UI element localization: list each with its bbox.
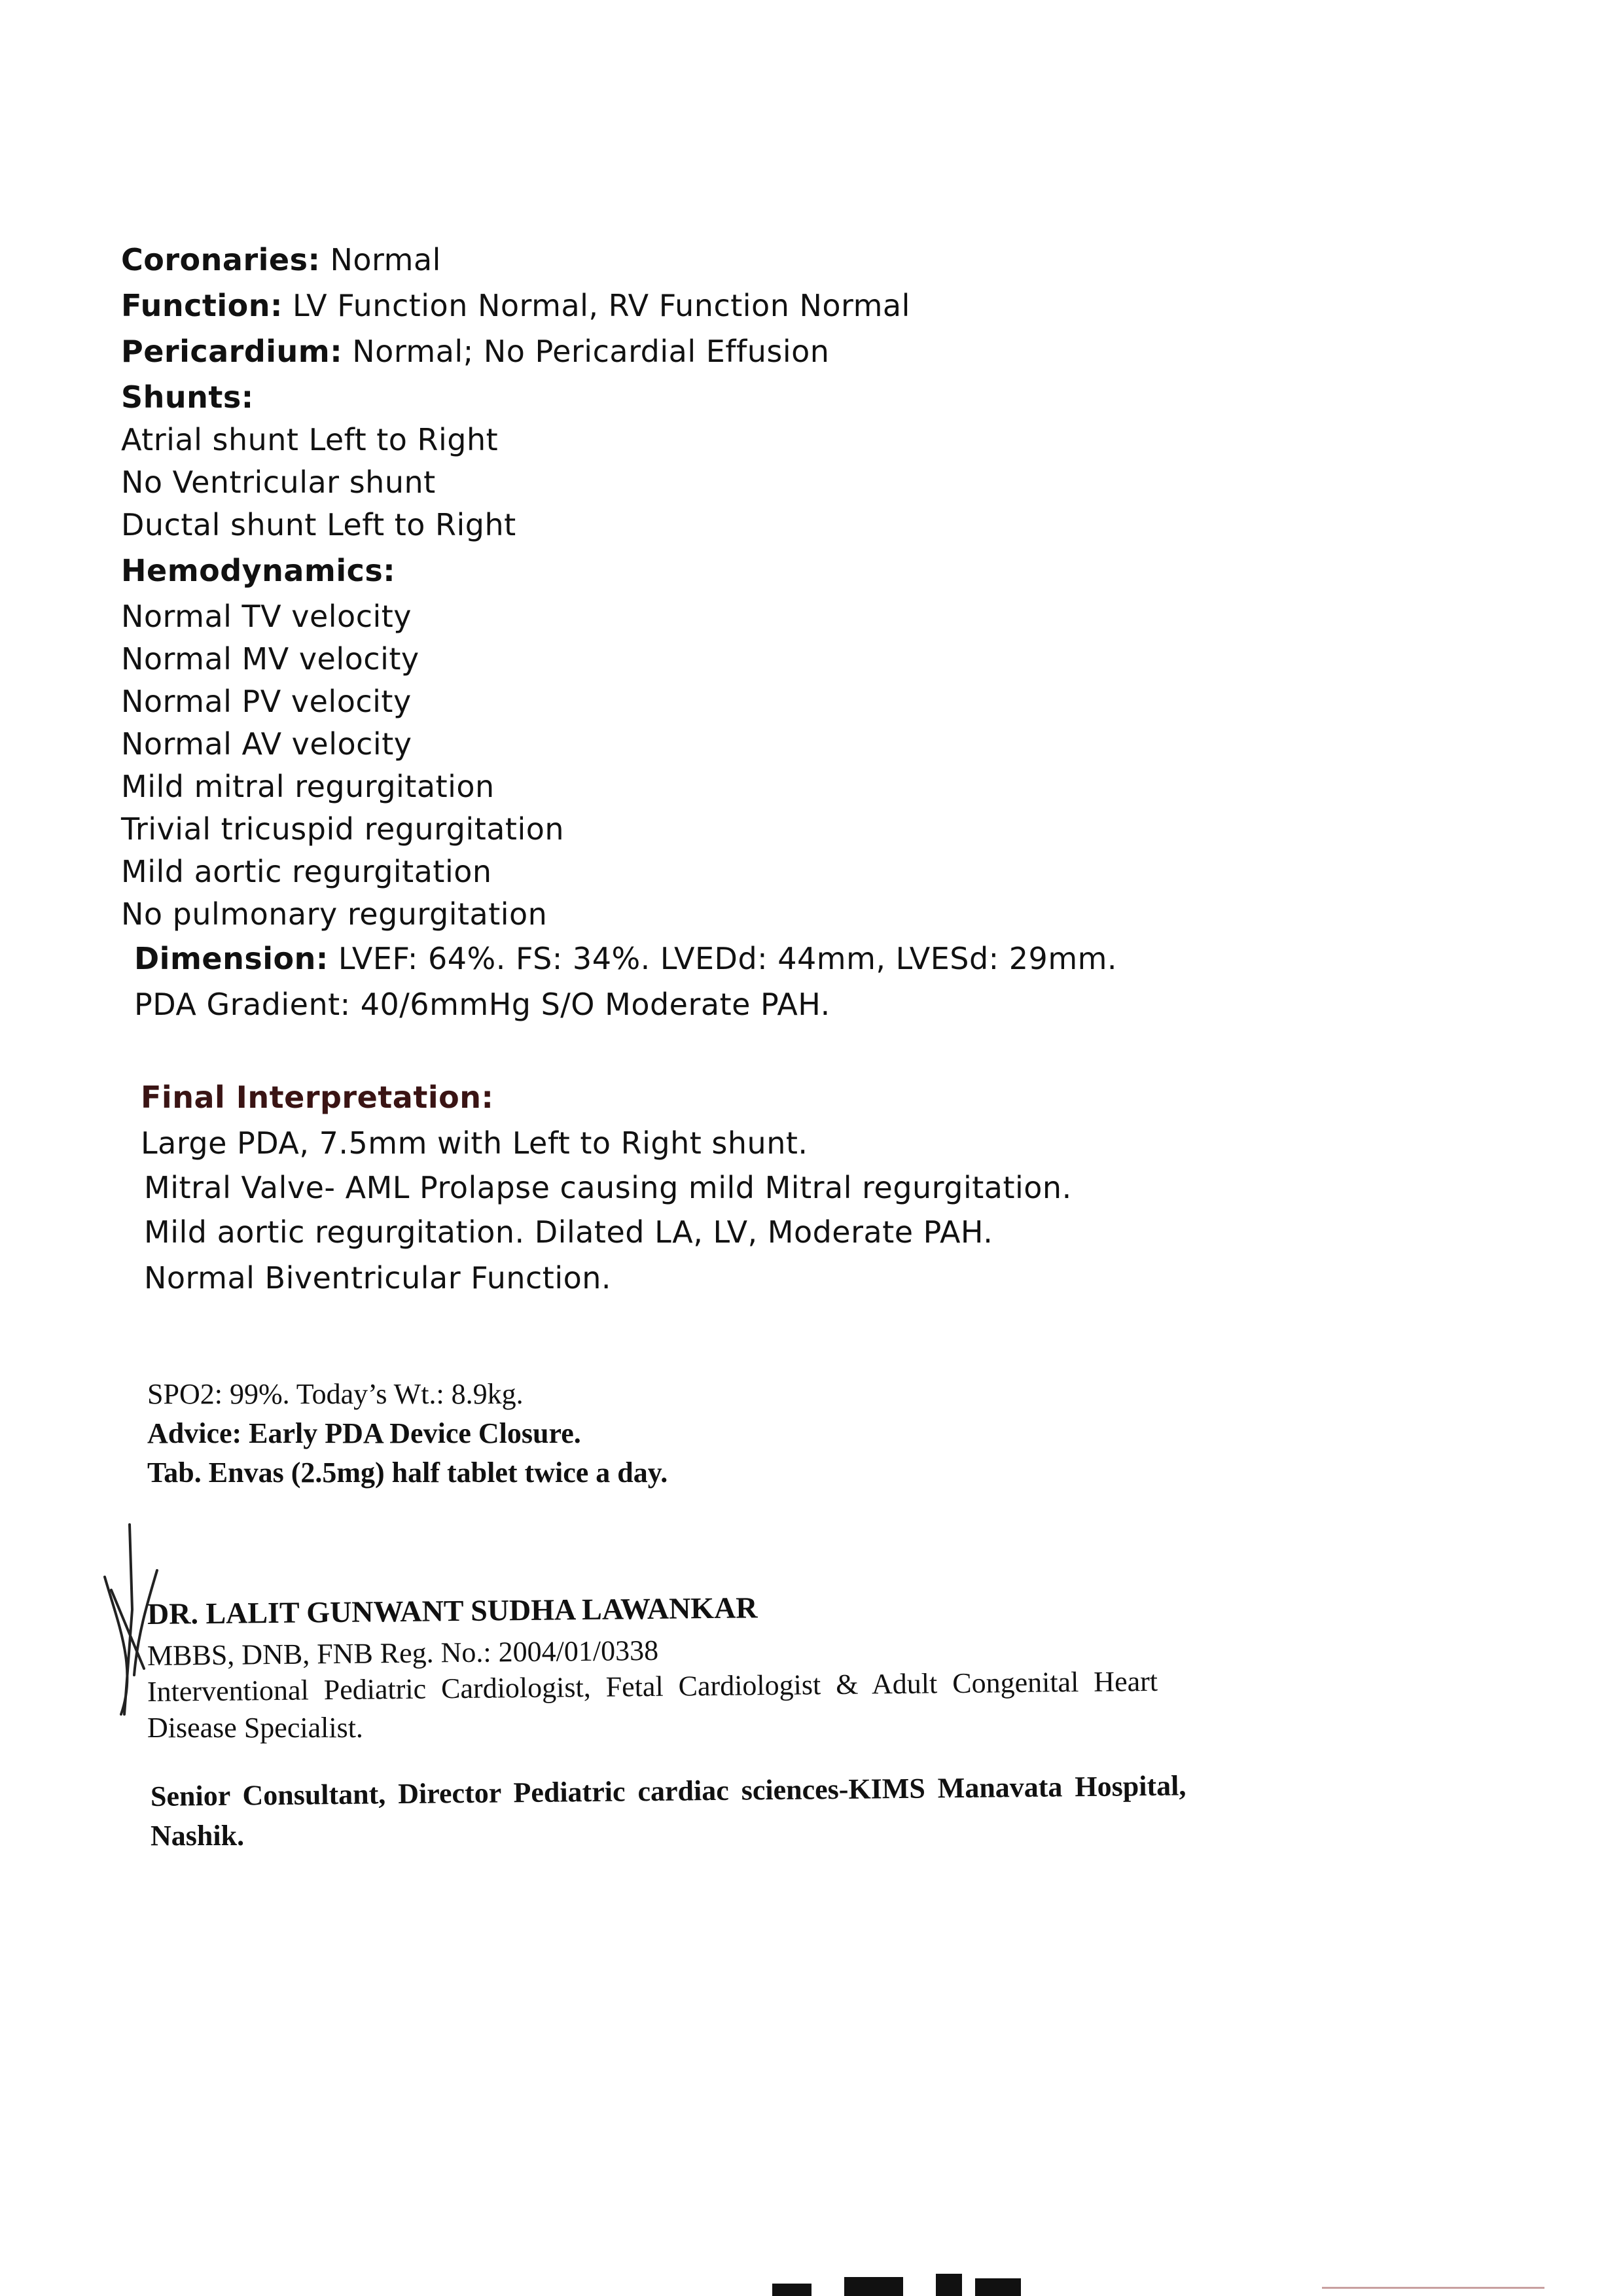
- coronaries-value: Normal: [330, 242, 441, 277]
- function-label: Function:: [121, 288, 283, 323]
- hemodynamics-item: Mild mitral regurgitation: [121, 769, 495, 804]
- pda-gradient: PDA Gradient: 40/6mmHg S/O Moderate PAH.: [134, 987, 830, 1022]
- coronaries-label: Coronaries:: [121, 242, 320, 277]
- hemodynamics-item: No pulmonary regurgitation: [121, 896, 547, 932]
- hemodynamics-item: Mild aortic regurgitation: [121, 854, 492, 889]
- hemodynamics-item: Trivial tricuspid regurgitation: [121, 811, 564, 847]
- coronaries-row: Coronaries: Normal: [121, 242, 441, 277]
- doctor-qualifications: MBBS, DNB, FNB Reg. No.: 2004/01/0338: [147, 1634, 659, 1672]
- hemodynamics-heading: Hemodynamics:: [121, 553, 395, 588]
- doctor-specialty-line-2: Disease Specialist.: [147, 1711, 363, 1744]
- interpretation-item: Large PDA, 7.5mm with Left to Right shun…: [141, 1125, 808, 1161]
- shunt-item: Atrial shunt Left to Right: [121, 422, 498, 457]
- hemodynamics-item: Normal AV velocity: [121, 726, 412, 762]
- doctor-specialty-line-1: Interventional Pediatric Cardiologist, F…: [147, 1665, 1158, 1708]
- echo-report-body: Coronaries: Normal Function: LV Function…: [121, 242, 1364, 1322]
- advice-line-2: Tab. Envas (2.5mg) half tablet twice a d…: [147, 1456, 668, 1489]
- function-value: LV Function Normal, RV Function Normal: [293, 288, 910, 323]
- hemodynamics-item: Normal PV velocity: [121, 684, 412, 719]
- final-interpretation-heading: Final Interpretation:: [141, 1080, 493, 1115]
- dimension-label: Dimension:: [134, 941, 329, 976]
- hemodynamics-item: Normal MV velocity: [121, 641, 419, 677]
- function-row: Function: LV Function Normal, RV Functio…: [121, 288, 910, 323]
- shunt-item: No Ventricular shunt: [121, 465, 436, 500]
- dimension-value: LVEF: 64%. FS: 34%. LVEDd: 44mm, LVESd: …: [338, 941, 1117, 976]
- pericardium-label: Pericardium:: [121, 334, 342, 369]
- pericardium-row: Pericardium: Normal; No Pericardial Effu…: [121, 334, 829, 369]
- pericardium-value: Normal; No Pericardial Effusion: [352, 334, 829, 369]
- advice-line-1: Advice: Early PDA Device Closure.: [147, 1417, 581, 1450]
- shunts-heading: Shunts:: [121, 380, 254, 415]
- interpretation-item: Normal Biventricular Function.: [144, 1260, 611, 1296]
- cut-off-footer-line: [1322, 2287, 1544, 2289]
- doctor-position-line-2: Nashik.: [151, 1819, 244, 1852]
- cut-off-footer-mark: [975, 2278, 1021, 2296]
- dimension-row: Dimension: LVEF: 64%. FS: 34%. LVEDd: 44…: [134, 941, 1117, 976]
- shunt-item: Ductal shunt Left to Right: [121, 507, 516, 542]
- doctor-name: DR. LALIT GUNWANT SUDHA LAWANKAR: [147, 1590, 758, 1631]
- interpretation-item: Mitral Valve- AML Prolapse causing mild …: [144, 1170, 1072, 1205]
- cut-off-footer-mark: [772, 2284, 811, 2296]
- hemodynamics-item: Normal TV velocity: [121, 599, 412, 634]
- doctor-position-line-1: Senior Consultant, Director Pediatric ca…: [151, 1769, 1186, 1813]
- cut-off-footer-mark: [936, 2274, 962, 2296]
- vitals-text: SPO2: 99%. Today’s Wt.: 8.9kg.: [147, 1377, 524, 1411]
- interpretation-item: Mild aortic regurgitation. Dilated LA, L…: [144, 1214, 993, 1250]
- cut-off-footer-mark: [844, 2277, 903, 2296]
